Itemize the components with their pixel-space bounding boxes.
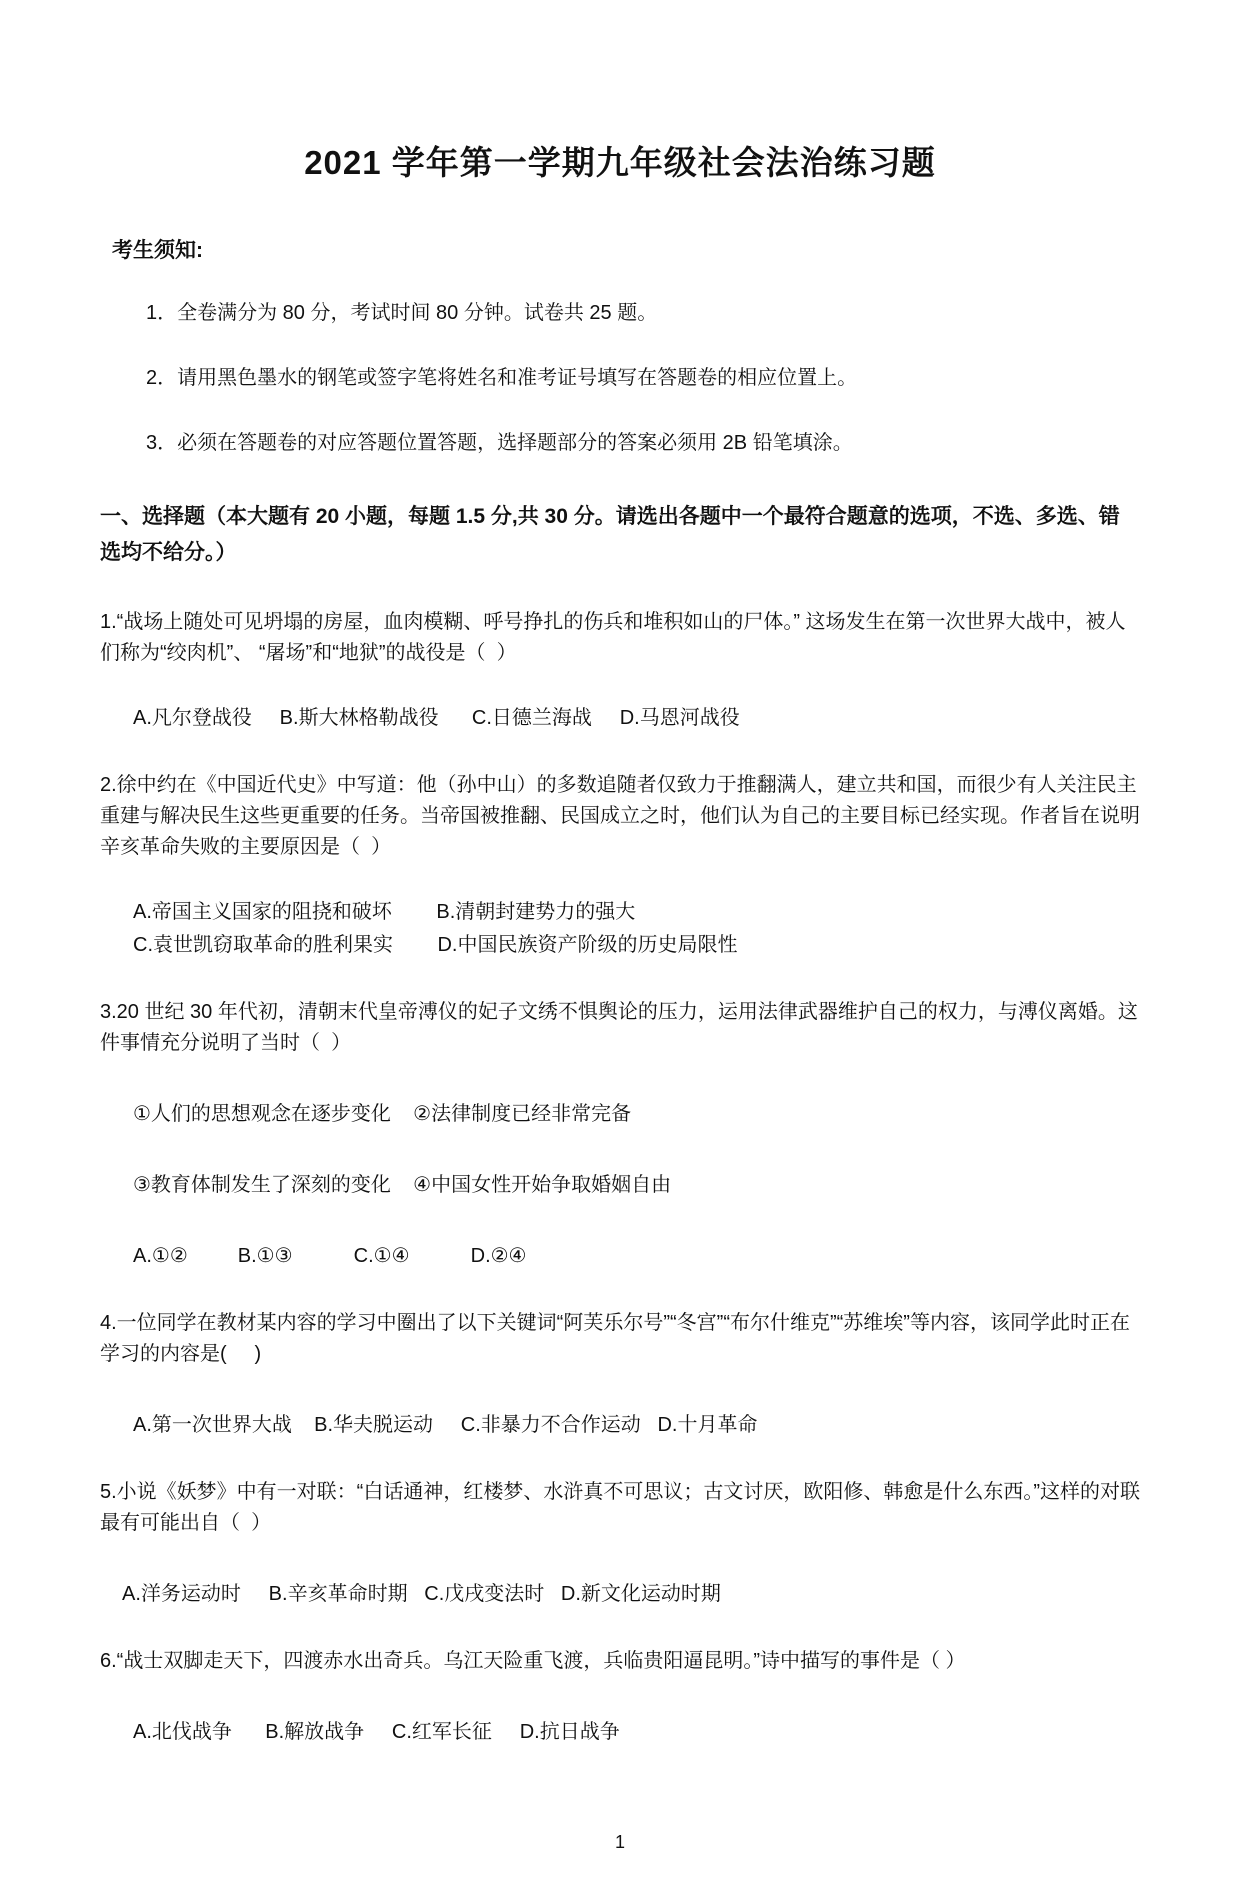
question-2: 2.徐中约在《中国近代史》中写道：他（孙中山）的多数追随者仅致力于推翻满人，建立… [100,770,1140,961]
question-2-options-ab: A.帝国主义国家的阻挠和破坏 B.清朝封建势力的强大 [100,897,1140,928]
question-1: 1.“战场上随处可见坍塌的房屋，血肉模糊、呼号挣扎的伤兵和堆积如山的尸体。” 这… [100,607,1140,734]
question-3-stem: 3.20 世纪 30 年代初，清朝末代皇帝溥仪的妃子文绣不惧舆论的压力，运用法律… [100,997,1140,1059]
page-title: 2021 学年第一学期九年级社会法治练习题 [100,140,1140,186]
question-6-options: A.北伐战争 B.解放战争 C.红军长征 D.抗日战争 [100,1717,1140,1748]
notice-item-2: 2．请用黑色墨水的钢笔或签字笔将姓名和准考证号填写在答题卷的相应位置上。 [100,363,1140,394]
notice-item-1: 1．全卷满分为 80 分，考试时间 80 分钟。试卷共 25 题。 [100,298,1140,329]
question-1-stem: 1.“战场上随处可见坍塌的房屋，血肉模糊、呼号挣扎的伤兵和堆积如山的尸体。” 这… [100,607,1140,669]
notice-heading: 考生须知: [112,234,1140,264]
question-5-options: A.洋务运动时 B.辛亥革命时期 C.戊戌变法时 D.新文化运动时期 [100,1579,1140,1610]
question-3-statements-12: ①人们的思想观念在逐步变化 ②法律制度已经非常完备 [100,1099,1140,1130]
question-5: 5.小说《妖梦》中有一对联：“白话通神，红楼梦、水浒真不可思议；古文讨厌，欧阳修… [100,1477,1140,1610]
question-6: 6.“战士双脚走天下，四渡赤水出奇兵。乌江天险重飞渡，兵临贵阳逼昆明。”诗中描写… [100,1646,1140,1748]
page-number: 1 [100,1832,1140,1853]
question-4-options: A.第一次世界大战 B.华夫脱运动 C.非暴力不合作运动 D.十月革命 [100,1410,1140,1441]
question-4: 4.一位同学在教材某内容的学习中圈出了以下关键词“阿芙乐尔号”“冬宫”“布尔什维… [100,1308,1140,1441]
question-2-options-cd: C.袁世凯窃取革命的胜利果实 D.中国民族资产阶级的历史局限性 [100,930,1140,961]
exam-paper-page: 2021 学年第一学期九年级社会法治练习题 考生须知: 1．全卷满分为 80 分… [0,0,1240,1893]
notice-item-3: 3．必须在答题卷的对应答题位置答题，选择题部分的答案必须用 2B 铅笔填涂。 [100,428,1140,459]
question-3-statements-34: ③教育体制发生了深刻的变化 ④中国女性开始争取婚姻自由 [100,1170,1140,1201]
question-1-options: A.凡尔登战役 B.斯大林格勒战役 C.日德兰海战 D.马恩河战役 [100,703,1140,734]
question-3-options: A.①② B.①③ C.①④ D.②④ [100,1241,1140,1272]
question-3: 3.20 世纪 30 年代初，清朝末代皇帝溥仪的妃子文绣不惧舆论的压力，运用法律… [100,997,1140,1272]
question-2-stem: 2.徐中约在《中国近代史》中写道：他（孙中山）的多数追随者仅致力于推翻满人，建立… [100,770,1140,863]
question-6-stem: 6.“战士双脚走天下，四渡赤水出奇兵。乌江天险重飞渡，兵临贵阳逼昆明。”诗中描写… [100,1646,1140,1677]
section-heading-multiple-choice: 一、选择题（本大题有 20 小题，每题 1.5 分,共 30 分。请选出各题中一… [100,499,1140,571]
question-4-stem: 4.一位同学在教材某内容的学习中圈出了以下关键词“阿芙乐尔号”“冬宫”“布尔什维… [100,1308,1140,1370]
question-5-stem: 5.小说《妖梦》中有一对联：“白话通神，红楼梦、水浒真不可思议；古文讨厌，欧阳修… [100,1477,1140,1539]
